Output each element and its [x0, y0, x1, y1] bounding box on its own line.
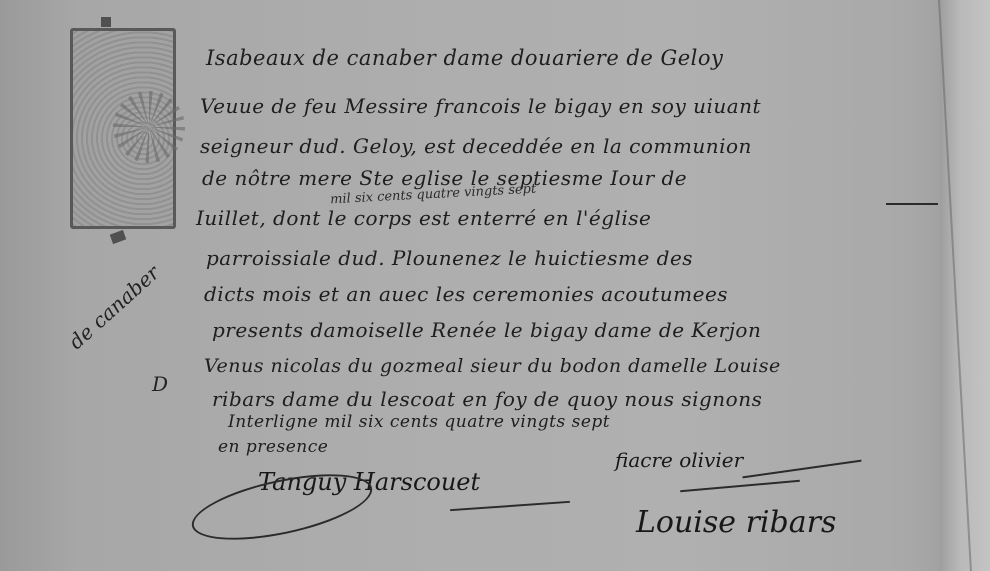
line-filler-rule: [886, 203, 938, 205]
text-line-5: Iuillet, dont le corps est enterré en l'…: [196, 206, 651, 230]
signature-2: fiacre olivier: [615, 448, 743, 472]
text-line-7: dicts mois et an auec les ceremonies aco…: [204, 282, 728, 306]
margin-letter: D: [152, 372, 168, 396]
interline-note: Interligne mil six cents quatre vingts s…: [228, 412, 610, 432]
signature-3: Louise ribars: [636, 505, 836, 540]
text-line-11: en presence: [218, 437, 328, 457]
stamp-rosette-icon: [113, 91, 185, 163]
text-line-9: Venus nicolas du gozmeal sieur du bodon …: [204, 355, 781, 377]
text-line-1: Isabeaux de canaber dame douariere de Ge…: [206, 46, 723, 70]
tax-stamp-seal: [70, 28, 176, 229]
text-line-6: parroissiale dud. Plounenez le huictiesm…: [206, 246, 693, 270]
text-line-10: ribars dame du lescoat en foy de quoy no…: [212, 387, 762, 411]
text-line-8: presents damoiselle Renée le bigay dame …: [212, 318, 761, 342]
text-line-3: seigneur dud. Geloy, est deceddée en la …: [200, 134, 752, 158]
stamp-top-tab: [101, 17, 111, 27]
text-line-2: Veuue de feu Messire francois le bigay e…: [200, 94, 761, 118]
